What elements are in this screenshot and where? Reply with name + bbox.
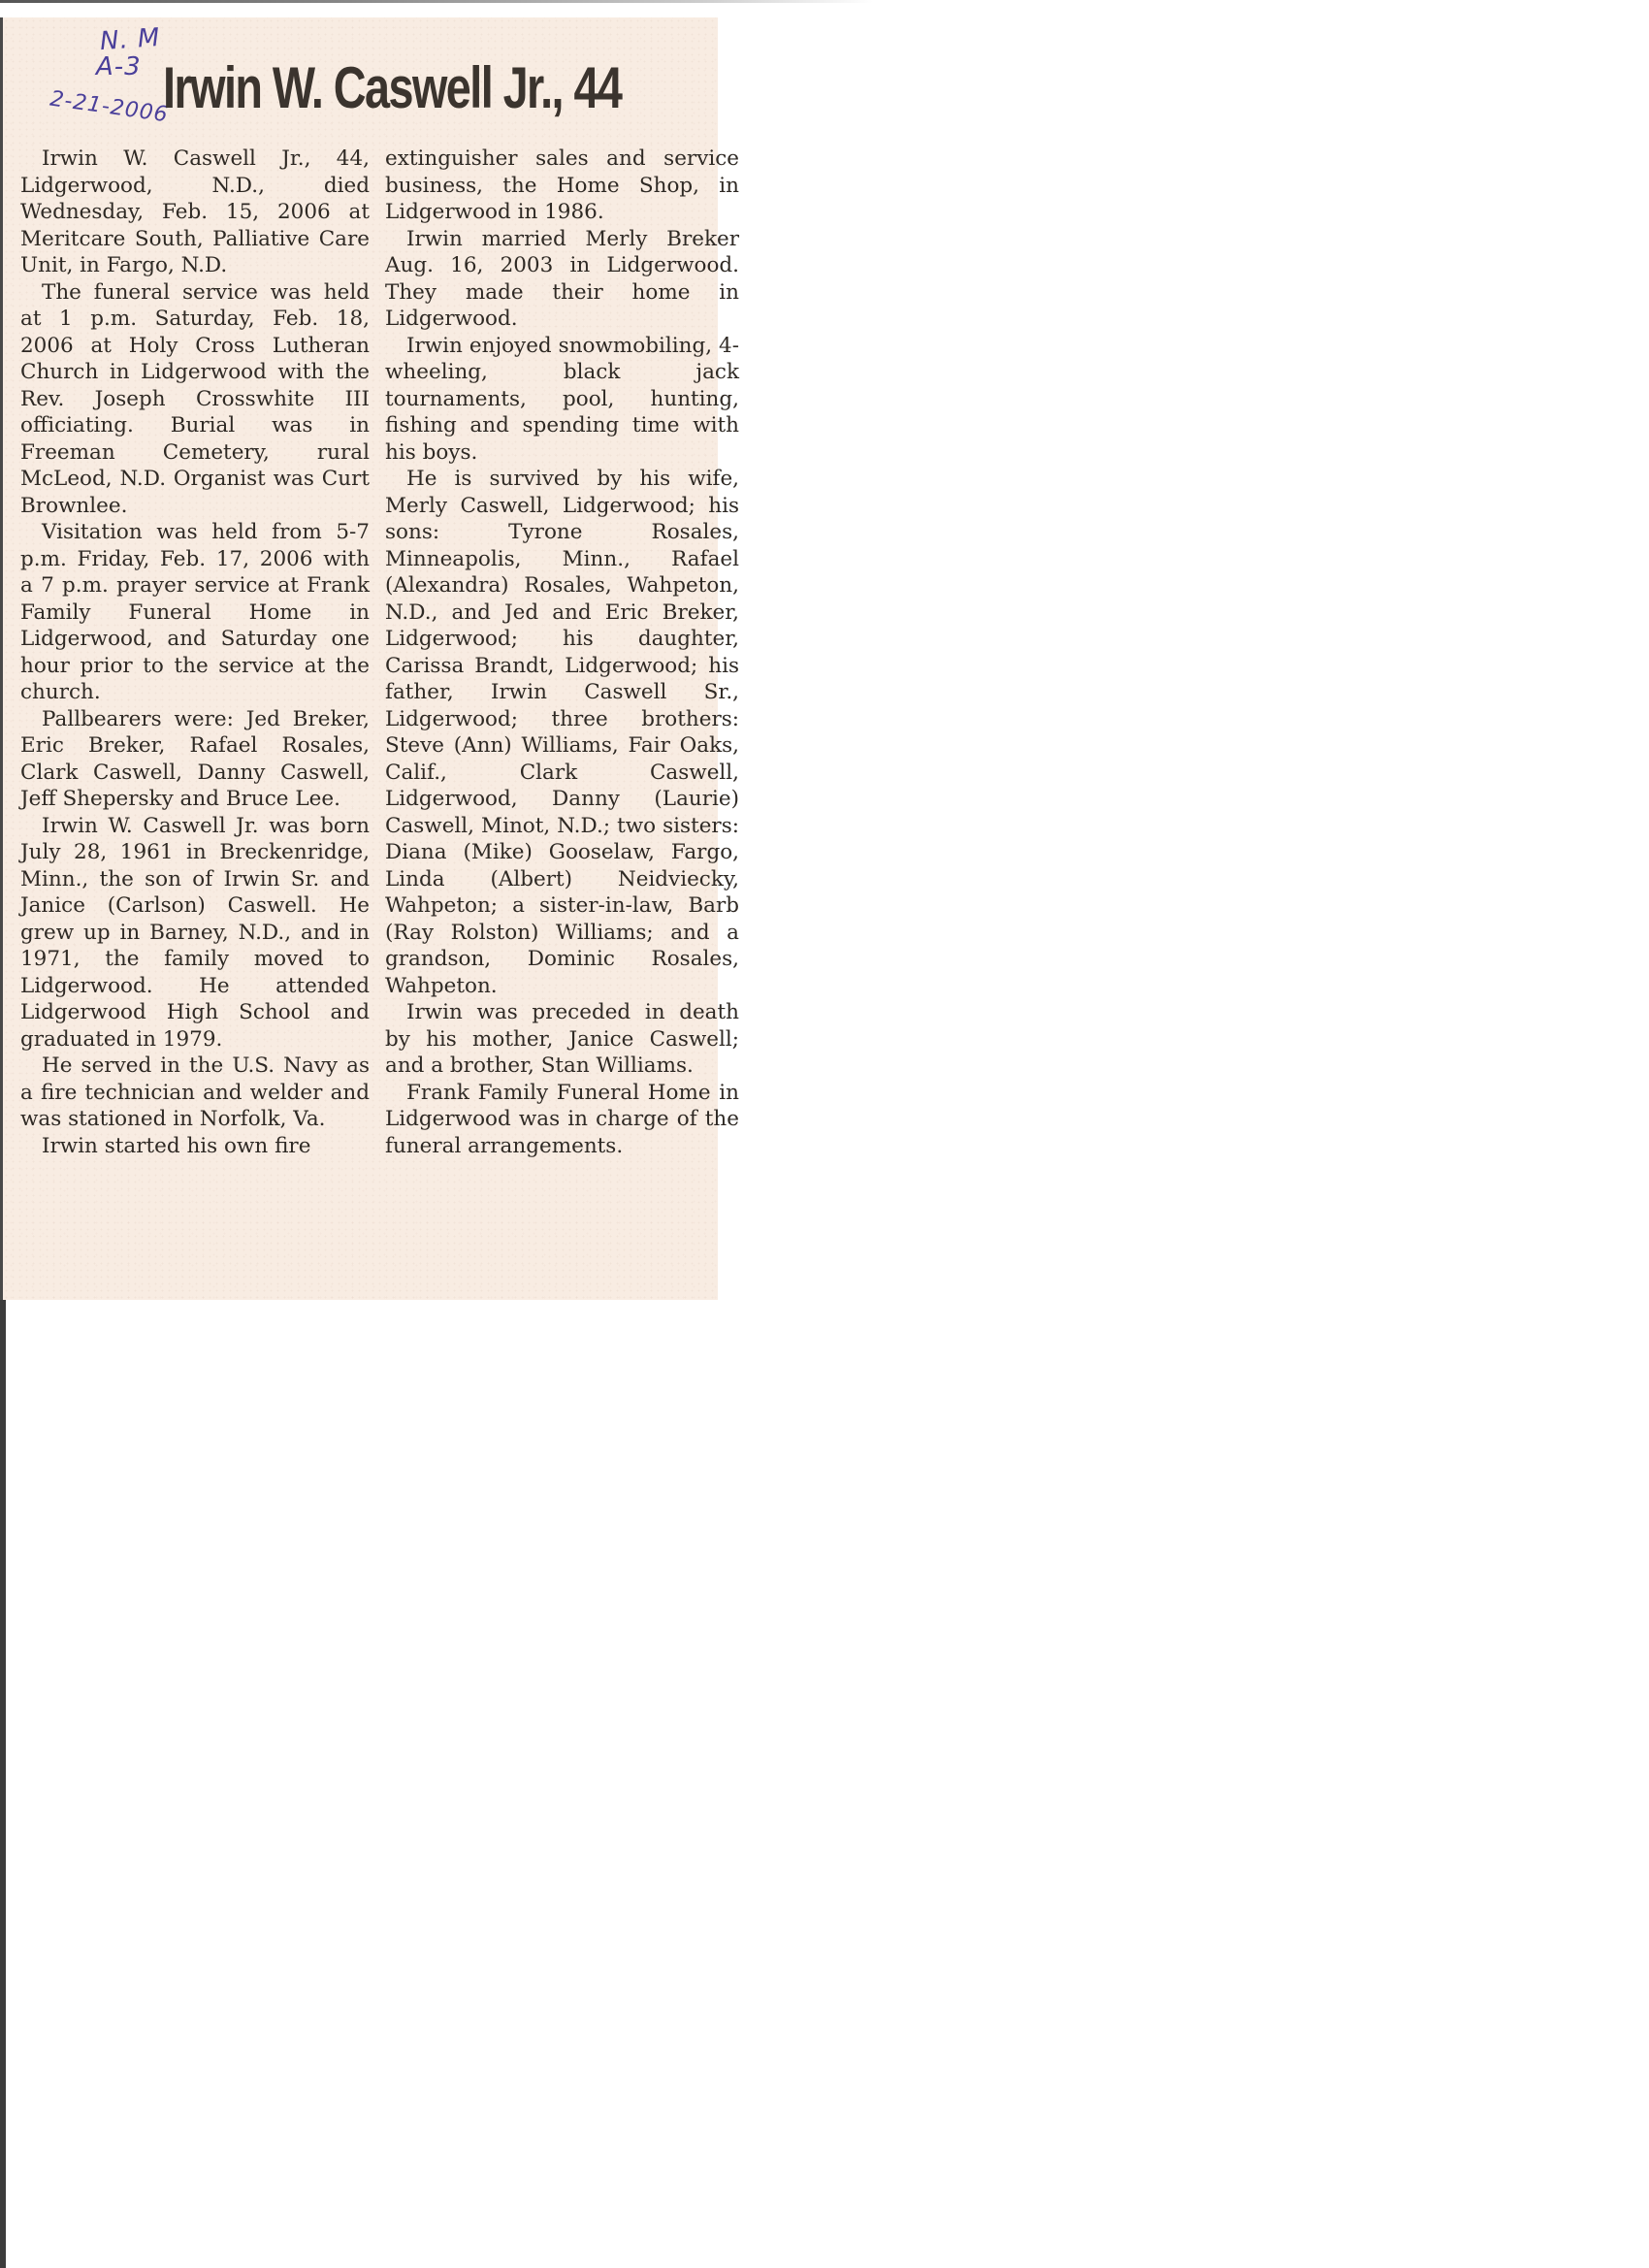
paragraph-business-start: Irwin started his own fire bbox=[20, 1133, 370, 1160]
paragraph-death-notice: Irwin W. Caswell Jr., 44, Lidgerwood, N.… bbox=[20, 146, 370, 279]
handwritten-note-date: 2-21-2006 bbox=[48, 89, 170, 127]
article-column-left: Irwin W. Caswell Jr., 44, Lidgerwood, N.… bbox=[20, 146, 370, 1159]
obituary-headline: Irwin W. Caswell Jr., 44 bbox=[163, 54, 621, 121]
paragraph-pallbearers: Pallbearers were: Jed Breker, Eric Breke… bbox=[20, 706, 370, 813]
paragraph-business-continued: extinguisher sales and service business,… bbox=[385, 146, 739, 226]
handwritten-note-newspaper: N. M bbox=[99, 25, 161, 54]
newspaper-clipping: N. M A-3 2-21-2006 Irwin W. Caswell Jr.,… bbox=[0, 17, 718, 1300]
paragraph-marriage: Irwin married Merly Breker Aug. 16, 2003… bbox=[385, 226, 739, 333]
paragraph-funeral-service: The funeral service was held at 1 p.m. S… bbox=[20, 279, 370, 520]
paragraph-survivors: He is survived by his wife, Merly Caswel… bbox=[385, 466, 739, 999]
scan-left-edge bbox=[0, 1295, 6, 2268]
scan-top-edge bbox=[0, 0, 873, 3]
paragraph-navy-service: He served in the U.S. Navy as a fire tec… bbox=[20, 1053, 370, 1133]
article-column-right: extinguisher sales and service business,… bbox=[385, 146, 739, 1159]
handwritten-note-page: A-3 bbox=[96, 54, 142, 80]
paragraph-birth-and-early-life: Irwin W. Caswell Jr. was born July 28, 1… bbox=[20, 813, 370, 1053]
paragraph-hobbies: Irwin enjoyed snowmobiling, 4-wheeling, … bbox=[385, 333, 739, 467]
paragraph-visitation: Visitation was held from 5-7 p.m. Friday… bbox=[20, 519, 370, 706]
paragraph-preceded-in-death: Irwin was preceded in death by his mothe… bbox=[385, 999, 739, 1080]
paragraph-arrangements: Frank Family Funeral Home in Lidgerwood … bbox=[385, 1080, 739, 1160]
